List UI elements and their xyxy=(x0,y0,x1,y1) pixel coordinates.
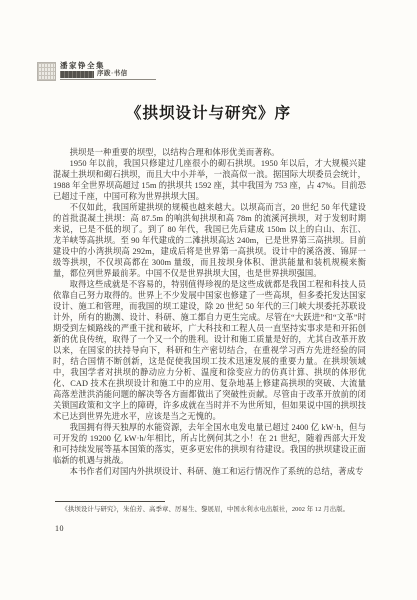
paragraph-5: 我国拥有得天独厚的水能资源，去年全国水电发电量已超过 2400 亿 kW·h，但… xyxy=(53,422,366,466)
article-body: 拱坝是一种重要的坝型，以结构合理和体形优美而著称。 1950 年以前，我国只修建… xyxy=(53,147,366,477)
running-head: 潘家铮全集 序跋·书信 xyxy=(37,61,156,81)
paragraph-4: 取得这些成就是不容易的，特别值得珍视的是这些成就都是我国工程和科技人员依靠自己努… xyxy=(53,279,366,422)
paragraph-1: 拱坝是一种重要的坝型，以结构合理和体形优美而著称。 xyxy=(53,147,366,158)
footnote-area: 《拱坝设计与研究》，朱伯芳、高季章、厉易生、黎展眉，中国水利水电出版社，2002… xyxy=(55,501,367,514)
volume-label: 序跋·书信 xyxy=(97,70,128,78)
publisher-seal-icon xyxy=(37,62,56,81)
paragraph-2: 1950 年以前，我国只修建过几座很小的砌石拱坝。1950 年以后，才大规模兴建… xyxy=(53,158,366,202)
volume-row: 序跋·书信 xyxy=(60,70,156,80)
footnote-citation: 《拱坝设计与研究》，朱伯芳、高季章、厉易生、黎展眉，中国水利水电出版社，2002… xyxy=(55,506,367,514)
running-head-text: 潘家铮全集 序跋·书信 xyxy=(60,61,156,80)
paragraph-6: 本书作者们对国内外拱坝设计、科研、施工和运行情况作了系统的总结，著成专 xyxy=(53,466,366,477)
article-title: 《拱坝设计与研究》序 xyxy=(0,101,417,123)
book-page: 潘家铮全集 序跋·书信 《拱坝设计与研究》序 拱坝是一种重要的坝型，以结构合理和… xyxy=(0,0,417,600)
paragraph-3: 不仅如此，我国所建拱坝的规模也越来越大。以坝高而言，20 世纪 50 年代建设的… xyxy=(53,202,366,279)
volume-badge-icon xyxy=(60,71,94,78)
footnote-divider xyxy=(55,501,165,502)
series-title: 潘家铮全集 xyxy=(60,61,156,70)
page-number: 10 xyxy=(55,524,64,533)
